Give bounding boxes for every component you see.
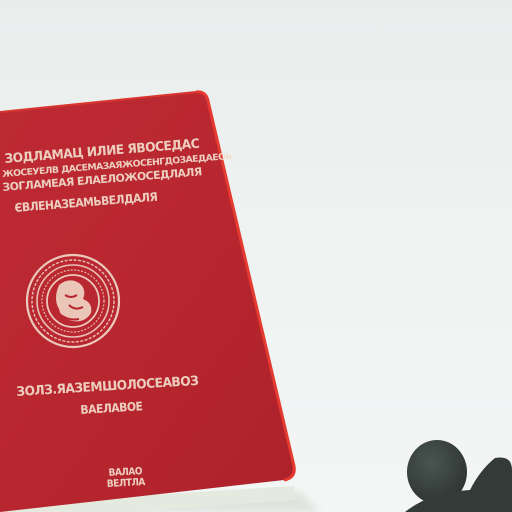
- scene-illustration: [0, 0, 512, 512]
- passport-scene: ЗОДЛАМАЦ ИЛИЕ ЯВОСЕДАС ЖОСЕУЕЛВ ДАСЕМАЗА…: [0, 0, 512, 512]
- cover-bottom-label: ВАЛАО ВЕЛТЛА: [106, 466, 145, 490]
- figurine: [405, 440, 512, 512]
- bottom-label-line: ВЕЛТЛА: [107, 477, 146, 490]
